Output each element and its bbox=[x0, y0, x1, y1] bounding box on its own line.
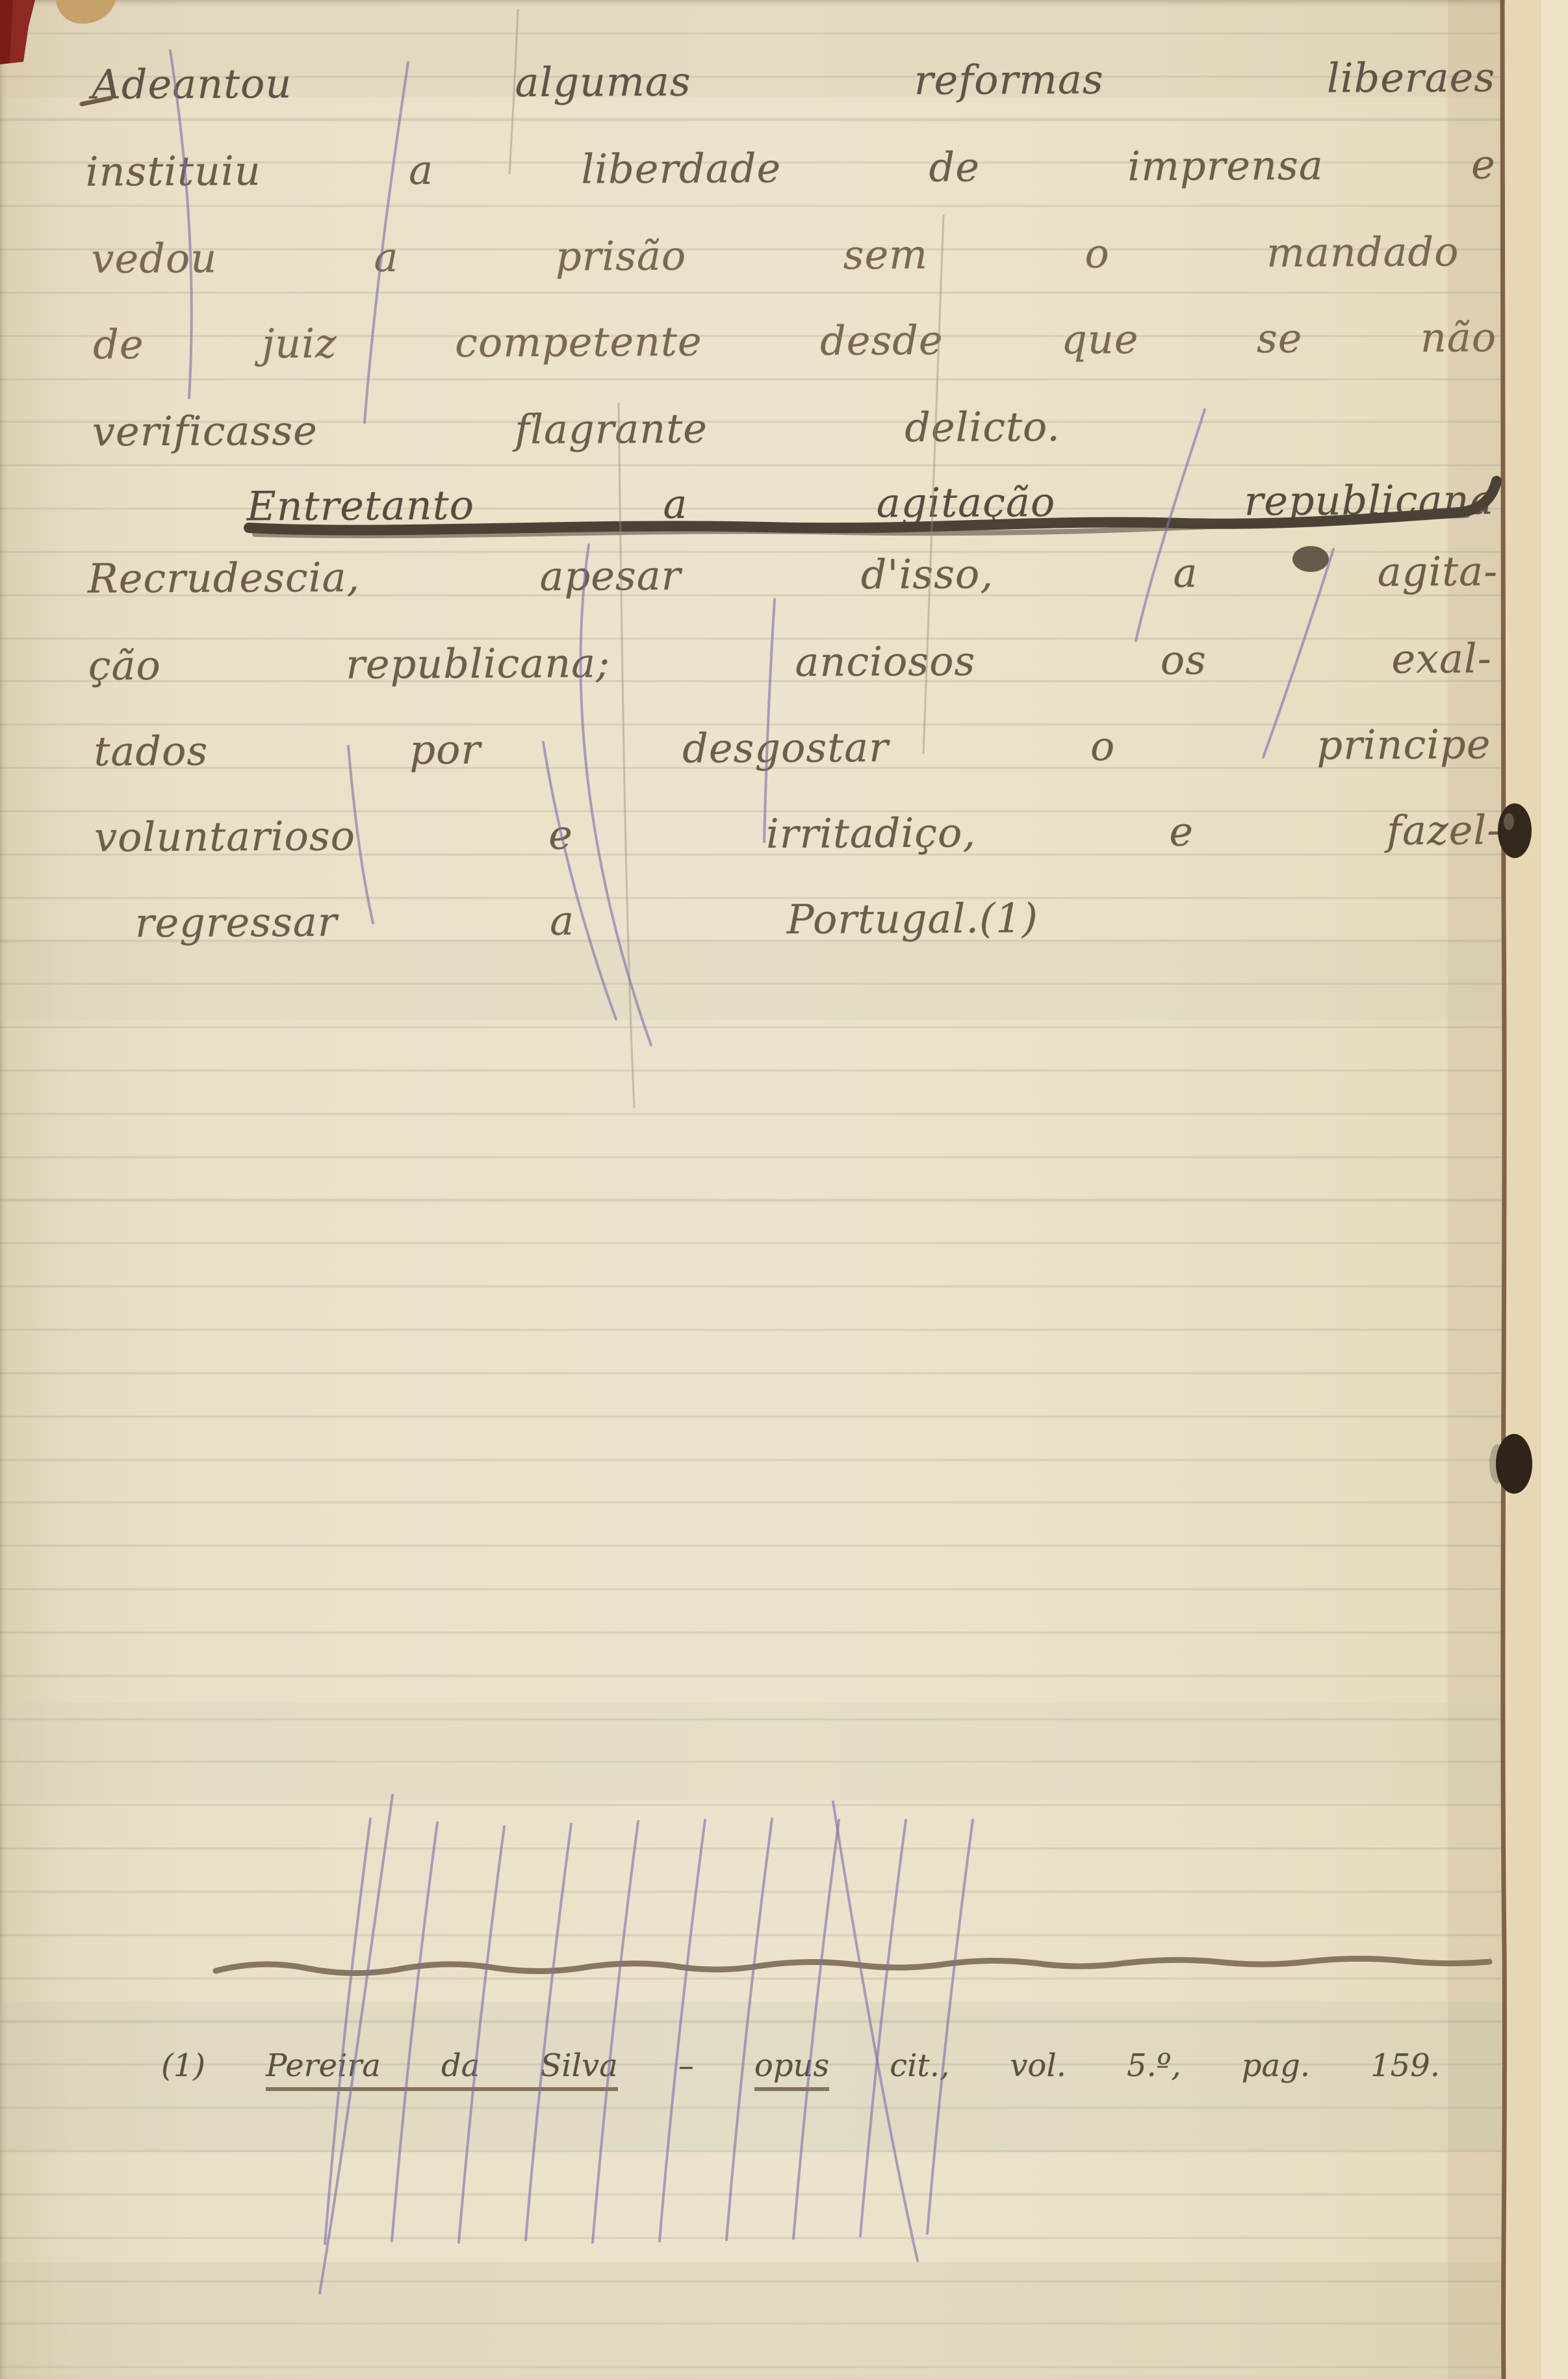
manuscript-text: Adeantou algumas reformas liberaes insti… bbox=[0, 0, 1568, 2379]
footnote-marker: (1) bbox=[161, 2047, 205, 2084]
manuscript-line: voluntarioso e irritadiço, e fazel- bbox=[94, 806, 1501, 862]
footnote-author: Pereira da Silva bbox=[266, 2047, 618, 2091]
manuscript-line-struck: Entretanto a agitação republicana bbox=[246, 476, 1494, 530]
manuscript-line: regressar a Portugal.(1) bbox=[135, 894, 1038, 948]
manuscript-line: instituiu a liberdade de imprensa e bbox=[86, 140, 1496, 196]
footnote: (1) Pereira da Silva – opus cit., vol. 5… bbox=[161, 2046, 1440, 2085]
manuscript-line: de juiz competente desde que se não bbox=[93, 313, 1497, 369]
manuscript-line: Adeantou algumas reformas liberaes bbox=[92, 53, 1495, 109]
manuscript-page: Adeantou algumas reformas liberaes insti… bbox=[0, 0, 1568, 2379]
manuscript-line: tados por desgostar o principe bbox=[94, 720, 1491, 776]
manuscript-line: ção republicana; anciosos os exal- bbox=[88, 634, 1492, 690]
manuscript-line: verificasse flagrante delicto. bbox=[92, 403, 1060, 456]
manuscript-line: Recrudescia, apesar d'isso, a agita- bbox=[88, 547, 1498, 603]
manuscript-line: vedou a prisão sem o mandado bbox=[91, 228, 1459, 283]
footnote-dash: – bbox=[678, 2047, 694, 2084]
footnote-opus: opus bbox=[754, 2047, 829, 2091]
footnote-citation: cit., vol. 5.º, pag. 159. bbox=[890, 2047, 1440, 2084]
